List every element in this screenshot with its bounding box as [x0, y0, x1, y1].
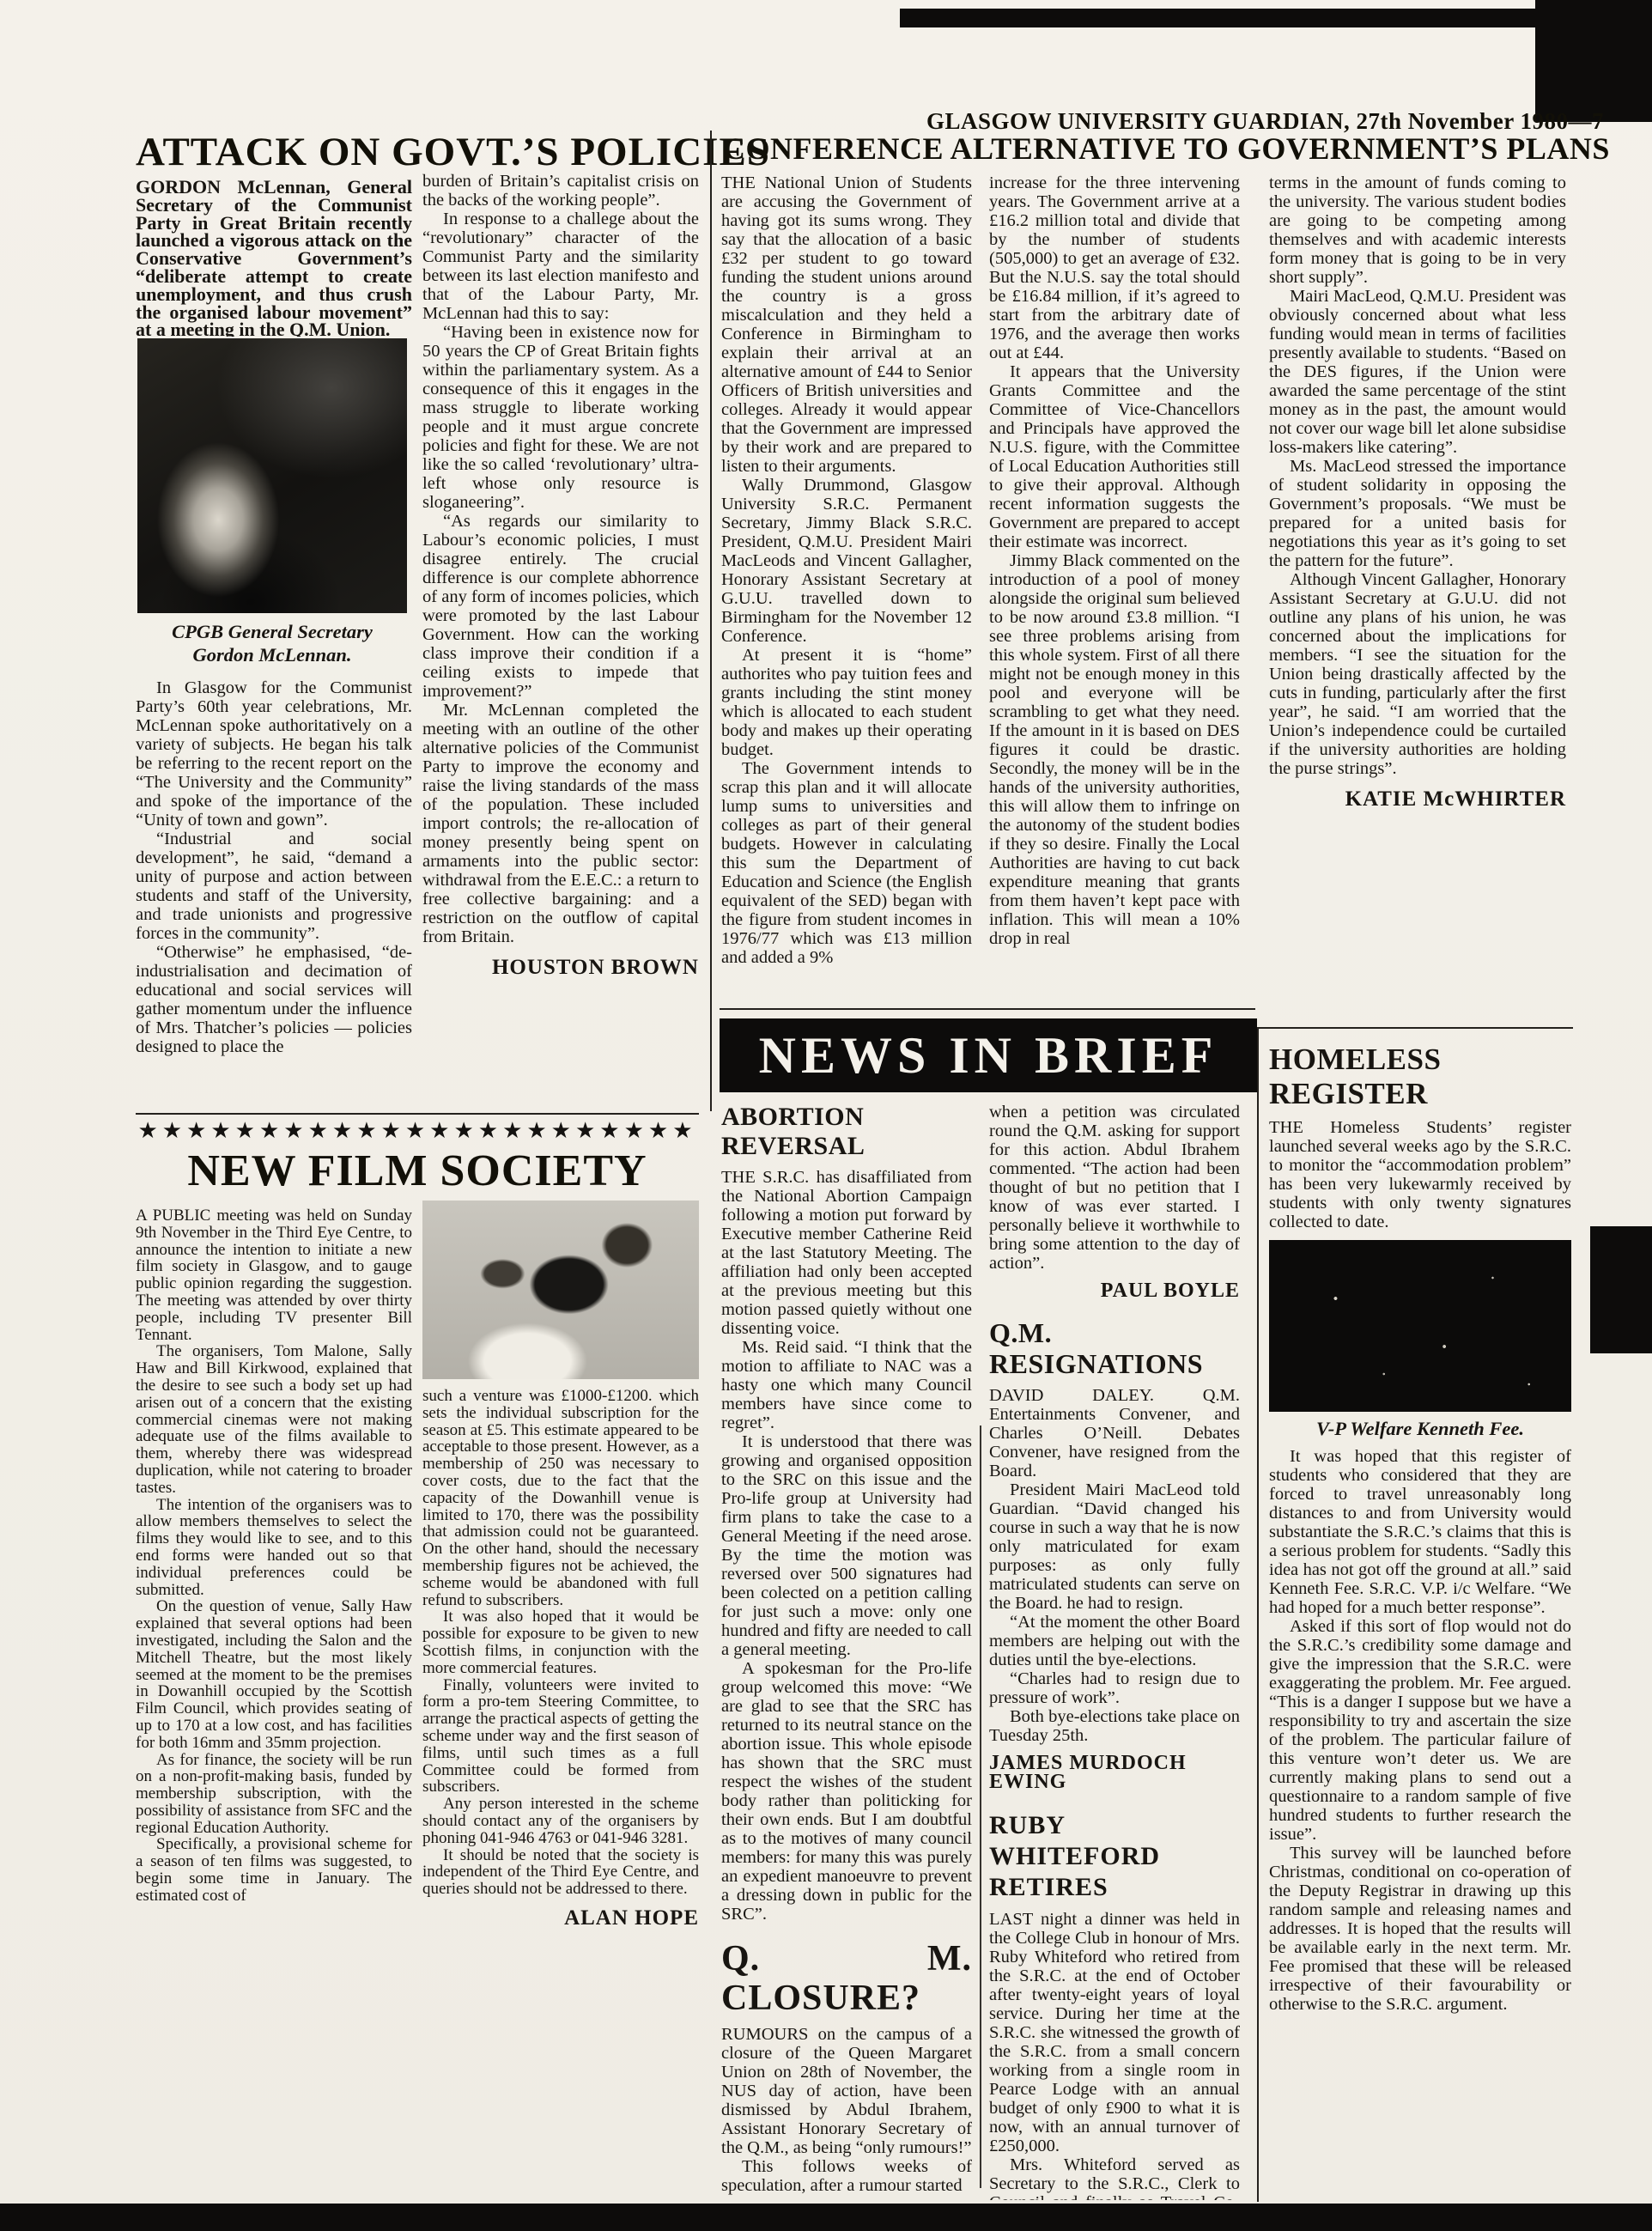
paragraph: The Government intends to scrap this pla… — [721, 759, 972, 967]
paragraph: Wally Drummond, Glasgow University S.R.C… — [721, 476, 972, 646]
news-in-brief-banner: NEWS IN BRIEF — [720, 1018, 1257, 1092]
paragraph: “Charles had to resign due to pressure o… — [989, 1669, 1240, 1707]
paragraph: LAST night a dinner was held in the Coll… — [989, 1910, 1240, 2155]
paragraph: THE National Union of Students are accus… — [721, 173, 972, 476]
paragraph: This survey will be launched before Chri… — [1269, 1844, 1571, 2014]
film-society-column-1: A PUBLIC meeting was held on Sunday 9th … — [136, 1207, 412, 2118]
ruby-whiteford-heading: RUBY WHITEFORD RETIRES — [989, 1810, 1240, 1903]
mclennan-photo — [137, 338, 407, 613]
scan-artifact-corner-box — [1535, 0, 1652, 122]
qm-closure-heading: Q. M. CLOSURE? — [721, 1939, 972, 2018]
homeless-register-section: HOMELESS REGISTER THE Homeless Students’… — [1269, 1043, 1571, 2200]
paragraph: Mr. McLennan completed the meeting with … — [422, 701, 699, 946]
paragraph: such a venture was £1000-£1200. which se… — [422, 1388, 699, 1608]
paragraph: On the question of venue, Sally Haw expl… — [136, 1598, 412, 1751]
byline-houston-brown: HOUSTON BROWN — [422, 958, 699, 977]
paragraph: when a petition was circulated round the… — [989, 1103, 1240, 1273]
conference-article-title: CONFERENCE ALTERNATIVE TO GOVERNMENT’S P… — [723, 131, 1568, 170]
conference-column-3: terms in the amount of funds coming to t… — [1269, 173, 1566, 1029]
caption-line: Gordon McLennan. — [137, 643, 407, 666]
paragraph: A spokesman for the Pro-life group welco… — [721, 1659, 972, 1924]
homeless-top-rule — [1257, 1027, 1573, 1029]
paragraph: In response to a challege about the “rev… — [422, 210, 699, 323]
newspaper-page: GLASGOW UNIVERSITY GUARDIAN, 27th Novemb… — [0, 0, 1652, 2231]
paragraph: It should be noted that the society is i… — [422, 1847, 699, 1898]
scan-artifact-right-box — [1590, 1226, 1652, 1353]
photo-caption: CPGB General Secretary Gordon McLennan. — [137, 620, 407, 672]
paragraph: Specifically, a provisional scheme for a… — [136, 1836, 412, 1904]
paragraph: In Glasgow for the Communist Party’s 60t… — [136, 678, 412, 830]
scan-artifact-top-bar — [900, 9, 1535, 27]
paragraph: It was hoped that this register of stude… — [1269, 1447, 1571, 1617]
paragraph: Ms. Reid said. “I think that the motion … — [721, 1338, 972, 1432]
paragraph: “As regards our similarity to Labour’s e… — [422, 512, 699, 701]
paragraph: Finally, volunteers were invited to form… — [422, 1677, 699, 1796]
paragraph: terms in the amount of funds coming to t… — [1269, 173, 1566, 287]
nib-column-divider — [980, 1426, 981, 2188]
attack-article-title: ATTACK ON GOVT.’S POLICIES — [136, 129, 702, 177]
paragraph: It appears that the University Grants Co… — [989, 362, 1240, 551]
column-divider — [710, 131, 712, 1111]
caption-line: CPGB General Secretary — [137, 620, 407, 643]
homeless-left-rule — [1257, 1027, 1259, 2202]
paragraph: Any person interested in the scheme shou… — [422, 1796, 699, 1846]
section-divider — [136, 1113, 699, 1115]
conference-column-2: increase for the three intervening years… — [989, 173, 1240, 1008]
paragraph: At present it is “home” authorites who p… — [721, 646, 972, 759]
paragraph: GORDON McLennan, General Secretary of th… — [136, 179, 412, 337]
paragraph: Mairi MacLeod, Q.M.U. President was obvi… — [1269, 287, 1566, 457]
paragraph: THE Homeless Students’ register launched… — [1269, 1118, 1571, 1231]
attack-column-2: burden of Britain’s capitalist crisis on… — [422, 172, 699, 1111]
paragraph: “Otherwise” he emphasised, “de-industria… — [136, 943, 412, 1056]
paragraph: President Mairi MacLeod told Guardian. “… — [989, 1480, 1240, 1613]
paragraph: It is understood that there was growing … — [721, 1432, 972, 1659]
paragraph: THE S.R.C. has disaffiliated from the Na… — [721, 1168, 972, 1338]
stars-decoration: ★★★★★★★★★★★★★★★★★★★★★★★ — [136, 1118, 699, 1146]
paragraph: Jimmy Black commented on the introductio… — [989, 551, 1240, 948]
paragraph: increase for the three intervening years… — [989, 173, 1240, 362]
conference-column-1: THE National Union of Students are accus… — [721, 173, 972, 1008]
paragraph: DAVID DALEY. Q.M. Entertainments Convene… — [989, 1386, 1240, 1480]
news-in-brief-column-2: when a petition was circulated round the… — [989, 1103, 1240, 2200]
scan-artifact-bottom-strip — [0, 2204, 1652, 2231]
rule-above-banner — [720, 1008, 1255, 1010]
attack-column-1: In Glasgow for the Communist Party’s 60t… — [136, 678, 412, 1113]
byline-james-murdoch-ewing: JAMES MURDOCH EWING — [989, 1754, 1240, 1791]
paragraph: It was also hoped that it would be possi… — [422, 1608, 699, 1676]
abortion-reversal-heading: ABORTION REVERSAL — [721, 1103, 972, 1161]
byline-katie-mcwhirter: KATIE McWHIRTER — [1269, 790, 1566, 809]
homeless-register-heading: HOMELESS REGISTER — [1269, 1043, 1571, 1111]
paragraph: Mrs. Whiteford served as Secretary to th… — [989, 2155, 1240, 2200]
film-society-column-2: such a venture was £1000-£1200. which se… — [422, 1388, 699, 2178]
attack-lead: GORDON McLennan, General Secretary of th… — [136, 179, 412, 337]
paragraph: Although Vincent Gallagher, Honorary Ass… — [1269, 570, 1566, 778]
byline-paul-boyle: PAUL BOYLE — [989, 1281, 1240, 1300]
paragraph: Asked if this sort of flop would not do … — [1269, 1617, 1571, 1844]
banner-text: NEWS IN BRIEF — [759, 1026, 1218, 1085]
paragraph: “Having been in existence now for 50 yea… — [422, 323, 699, 512]
paragraph: RUMOURS on the campus of a closure of th… — [721, 2025, 972, 2157]
paragraph: As for finance, the society will be run … — [136, 1752, 412, 1837]
paragraph: The organisers, Tom Malone, Sally Haw an… — [136, 1343, 412, 1496]
kenneth-fee-caption: V-P Welfare Kenneth Fee. — [1269, 1417, 1571, 1440]
byline-alan-hope: ALAN HOPE — [422, 1910, 699, 1927]
paragraph: A PUBLIC meeting was held on Sunday 9th … — [136, 1207, 412, 1343]
paragraph: burden of Britain’s capitalist crisis on… — [422, 172, 699, 210]
paragraph: “Industrial and social development”, he … — [136, 830, 412, 943]
kenneth-fee-photo — [1269, 1240, 1571, 1412]
qm-resignations-heading: Q.M. RESIGNATIONS — [989, 1317, 1240, 1379]
news-in-brief-column-1: ABORTION REVERSAL THE S.R.C. has disaffi… — [721, 1103, 972, 2200]
paragraph: Both bye-elections take place on Tuesday… — [989, 1707, 1240, 1745]
camera-photo — [422, 1201, 699, 1379]
paragraph: Ms. MacLeod stressed the importance of s… — [1269, 457, 1566, 570]
paragraph: This follows weeks of speculation, after… — [721, 2157, 972, 2195]
paragraph: The intention of the organisers was to a… — [136, 1497, 412, 1599]
paragraph: “At the moment the other Board members a… — [989, 1613, 1240, 1669]
film-society-title: NEW FILM SOCIETY — [136, 1146, 699, 1195]
